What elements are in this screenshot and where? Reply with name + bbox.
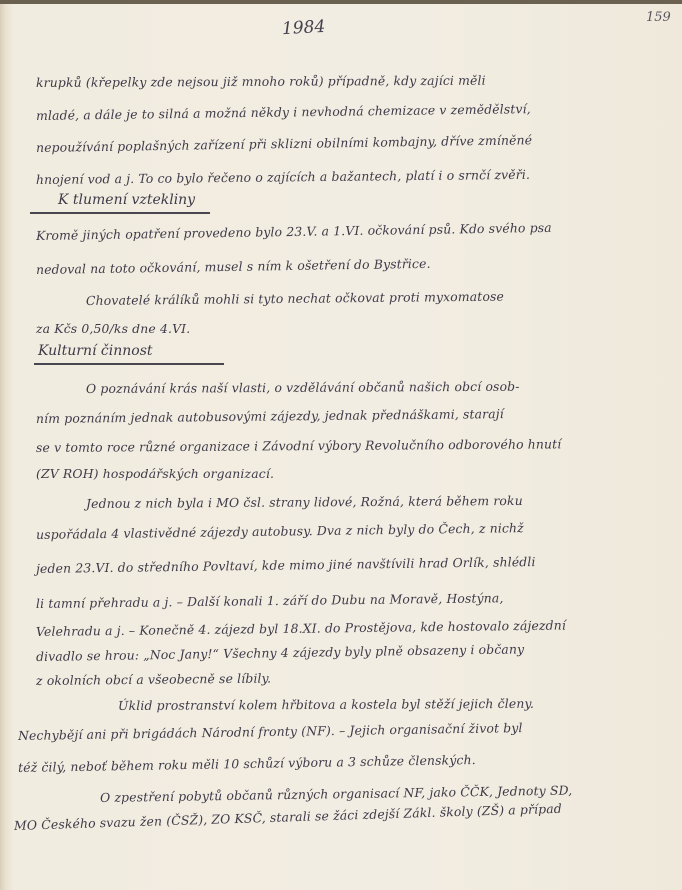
text-line: nedoval na toto očkování, musel s ním k … — [36, 256, 431, 277]
text-line: jeden 23.VI. do středního Povltaví, kde … — [36, 554, 536, 576]
text-line: se v tomto roce různé organizace i Závod… — [36, 436, 561, 455]
heading-underline — [34, 363, 224, 365]
text-line: hnojení vod a j. To co bylo řečeno o zaj… — [36, 167, 530, 187]
text-line: krupků (křepelky zde nejsou již mnoho ro… — [36, 73, 486, 90]
text-line: ním poznáním jednak autobusovými zájezdy… — [36, 406, 504, 426]
text-line: O poznávání krás naší vlasti, o vzdělává… — [86, 379, 520, 396]
text-line: nepoužívání poplašných zařízení při skli… — [36, 132, 532, 155]
text-line: mladé, a dále je to silná a možná někdy … — [36, 101, 531, 123]
page-year: 1984 — [282, 17, 326, 39]
text-line: O zpestření pobytů občanů různých organi… — [100, 783, 573, 805]
text-line: uspořádala 4 vlastivědné zájezdy autobus… — [36, 520, 524, 542]
text-line: Velehradu a j. – Konečně 4. zájezd byl 1… — [36, 618, 566, 639]
section-heading-culture: Kulturní činnost — [38, 343, 153, 359]
text-line: li tamní přehradu a j. – Další konali 1.… — [36, 590, 504, 611]
text-line: Chovatelé králíků mohli si tyto nechat o… — [86, 289, 504, 308]
text-line: z okolních obcí a všeobecně se líbily. — [36, 671, 271, 688]
text-line: divadlo se hrou: „Noc Jany!“ Všechny 4 z… — [36, 641, 524, 664]
document-page: 1984 159 krupků (křepelky zde nejsou již… — [0, 0, 682, 890]
text-line: (ZV ROH) hospodářských organizací. — [36, 466, 274, 481]
text-line: Kromě jiných opatření provedeno bylo 23.… — [36, 220, 552, 243]
page-top-edge — [0, 0, 682, 4]
text-line: Úklid prostranství kolem hřbitova a kost… — [118, 696, 534, 713]
text-line: Nechybějí ani při brigádách Národní fron… — [18, 720, 523, 743]
text-line: Jednou z nich byla i MO čsl. strany lido… — [86, 493, 523, 511]
text-line: též čilý, neboť během roku měli 10 schůz… — [18, 752, 476, 775]
heading-underline — [30, 212, 210, 214]
page-number: 159 — [646, 10, 671, 25]
section-heading-rabies: K tlumení vztekliny — [58, 192, 195, 208]
text-line: za Kčs 0,50/ks dne 4.VI. — [36, 321, 190, 336]
text-line: MO Českého svazu žen (ČSŽ), ZO KSČ, star… — [14, 801, 562, 833]
